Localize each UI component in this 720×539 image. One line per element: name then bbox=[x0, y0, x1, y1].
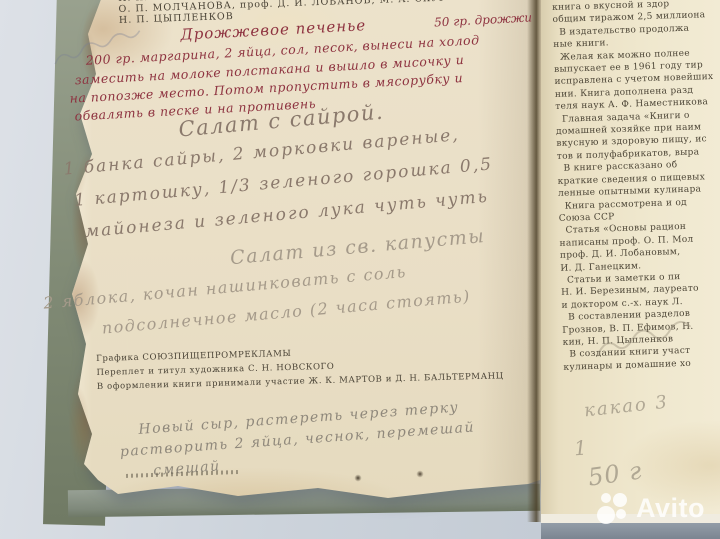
right-pencil-note: 1 bbox=[573, 436, 587, 461]
avito-watermark-text: Avito bbox=[636, 495, 705, 522]
avito-logo-icon bbox=[597, 490, 631, 526]
book-photo: Н. К.О. П. МОЛЧАНОВА, проф. Д. И. ЛОБАНО… bbox=[0, 0, 720, 539]
ink-recipe-title-note: 50 гр. дрожжи bbox=[434, 10, 533, 29]
avito-watermark: Avito bbox=[597, 490, 705, 526]
